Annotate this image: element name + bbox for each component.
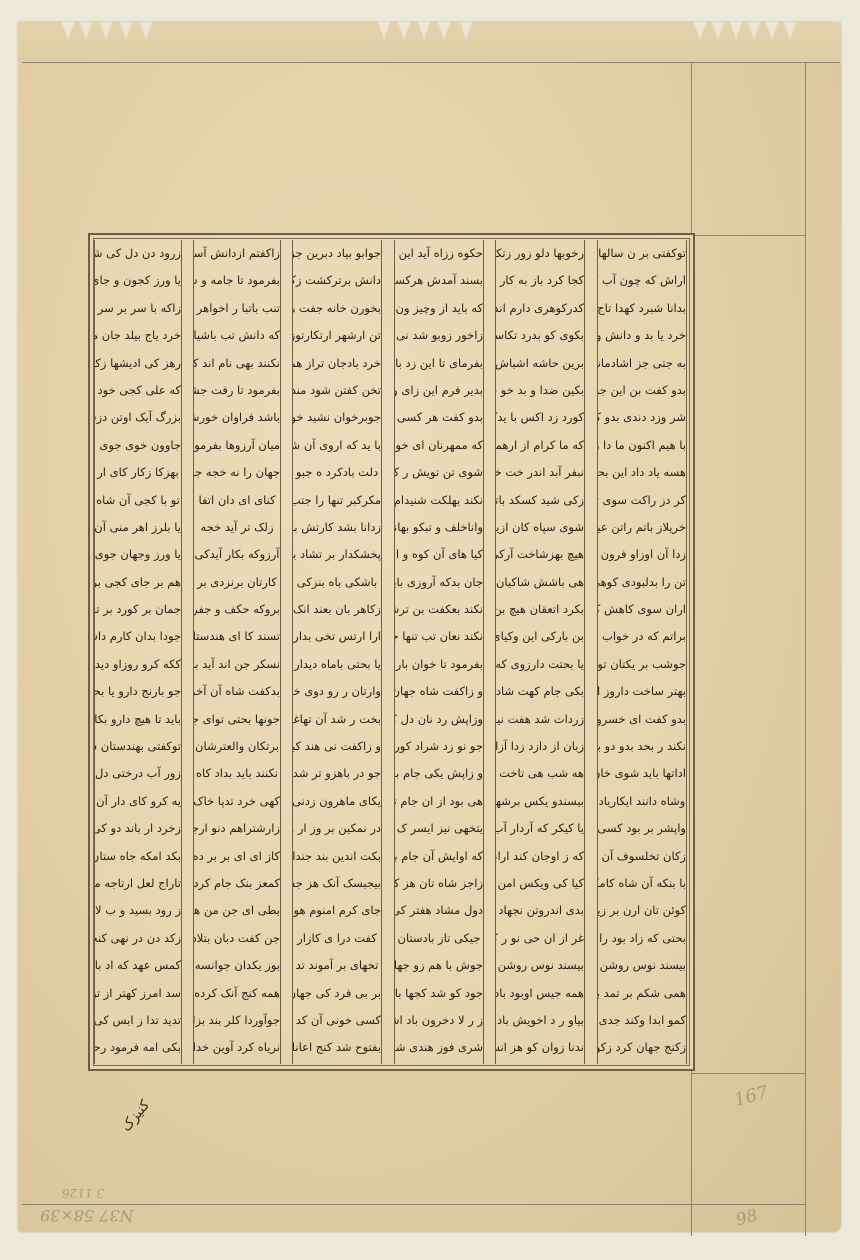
verse-line: نکند نعان تب تنها جفت [395, 623, 483, 650]
verse-line: حکوه ززاه آید این تبرکی [395, 240, 483, 267]
verse-line: به جتی جز اشادمانی مکم [598, 350, 686, 377]
verse-line: یا ورز وجهان جوی بها [95, 541, 181, 568]
verse-line: زکی شید کسکد باتد [496, 487, 584, 514]
verse-line: بدکفت شاه آن آخر بحتی [194, 678, 280, 705]
verse-line: ارا ارتس تخی بدار بشکر [293, 623, 381, 650]
verse-line: وشاه دانند ایکاریاد [598, 788, 686, 815]
verse-line: دانش برترکشت زکار او [293, 267, 381, 294]
ruling-bottom [22, 1204, 806, 1205]
verse-line: و زاپش یکی جام بر کهاز [395, 760, 483, 787]
verse-line: بزرگ آیک اوتن دزشی [95, 404, 181, 431]
verse-line: رخوبها دلو زور زتکارک [496, 240, 584, 267]
verse-line: کسی خونی آن کد ده مند [293, 1007, 381, 1034]
verse-line: جان بدکه آروزی باید رد [395, 569, 483, 596]
verse-line: کاز ای ای بر بر ده [194, 843, 280, 870]
verse-line: بدی اندروتن نجهاد ده [496, 897, 584, 924]
verse-line: بخورن خانه جفت هر مفت [293, 295, 381, 322]
verse-line: کارتان برنزدی بر [194, 569, 280, 596]
verse-line: جونها بحتی توای جهرا [194, 706, 280, 733]
verse-line: باید تا هیچ دارو بکار [95, 706, 181, 733]
verse-line: بفرمود تا جامه و سیم و زر [194, 267, 280, 294]
verse-line: بحتی که زاد بود را زاد [598, 925, 686, 952]
verse-line: بکد امکه جاه ستان [95, 843, 181, 870]
verse-line: زدا آن اوزاو فرون بود بهتر [598, 541, 686, 568]
verse-line: بیاو ر د اخویش باد کا [496, 1007, 584, 1034]
verse-line: بیسندو یکس برشهر آن [496, 788, 584, 815]
ruling-text-bottom-extension [691, 1073, 806, 1074]
verse-line: کمس عهد که اد باو دا دن [95, 952, 181, 979]
verse-line: که دانش تب باشیان مفت [194, 322, 280, 349]
verse-line: نکند بعکفت بن ترشم [395, 596, 483, 623]
verse-line: مکرکبر تنها را جتب ار [293, 487, 381, 514]
verse-line: جن کفت دبان بتلاد [194, 925, 280, 952]
verse-line: کهی خرد تدپا خاک [194, 788, 280, 815]
verse-line: برتکان والعترشان [194, 733, 280, 760]
verse-line: تخهای بر آموند تد [293, 952, 381, 979]
verse-line: ز ر لا دخرون باد اشکر زلد [395, 1007, 483, 1034]
verse-line: بفرمای تا این زد بار حای [395, 350, 483, 377]
verse-line: با بنکه آن شاه کامکاف [598, 870, 686, 897]
verse-line: براتم که در خواب بودی نه شب [598, 623, 686, 650]
verse-line: غر از ان حی نو ر کابتد [496, 925, 584, 952]
verse-line: کورد زد اکس با یدکت [496, 404, 584, 431]
verse-line: اراش که چون آب کرد زیک [598, 267, 686, 294]
verse-line: بکی امه فرمود رحیت دتوز [95, 1034, 181, 1061]
text-column-1: زرود دن دل کی شود یکانیا ورز کجون و جای … [94, 240, 182, 1064]
text-column-3: جوابو بیاد دبرین جزکیدانش برترکشت زکار ا… [292, 240, 382, 1064]
verse-line: بیسند نوس روشن بود آدی [496, 952, 584, 979]
verse-line: زاخور زوبو شد نی بن جهان [395, 322, 483, 349]
verse-line: ککه کرو روزاو دیدبی تر نیک [95, 651, 181, 678]
verse-line: کما بو دو باشد هست خدای [95, 1062, 181, 1064]
verse-line: واناخلف و تبکو بهانا جت [395, 514, 483, 541]
verse-line: هم بر جای کجی بر نیل [95, 569, 181, 596]
verse-line: بدو کفت هر کسی که افزون خورد [395, 404, 483, 431]
verse-line: بفرمود تا رفت جشن بریک [194, 377, 280, 404]
verse-line: بفتوح شد کنج اعانات [293, 1034, 381, 1061]
verse-line: یتخهی نیز ایسر ک تر بحرخ [395, 815, 483, 842]
verse-line: باشد فراوان خورش بر دت [194, 404, 280, 431]
verse-line: وزاپش رد نان دل کر شاد [395, 706, 483, 733]
verse-line: نکنند باید بداد کاه [194, 760, 280, 787]
verse-line: زدانا بشد کارتش بر [293, 514, 381, 541]
verse-line: جوآوردا کلر بند بزاهفتر [194, 1007, 280, 1034]
verse-line: توکفتی بهندستان شد رسه [95, 733, 181, 760]
verse-line: برین حاشه اشباش کم [496, 350, 584, 377]
verse-line: زخرد ار باند دو کی [95, 815, 181, 842]
verse-line: فرور نک آنتر وتعم وبون [496, 1062, 584, 1064]
verse-line: جاوون خوی جوی بکوید [95, 432, 181, 459]
verse-line: خرد یا بد و دانش و راستی [598, 322, 686, 349]
verse-line: و زاکفت نی هند کبی باد [293, 733, 381, 760]
verse-line: بروکه حکف و جفر [194, 596, 280, 623]
verse-line: بسند آمدش هرکسی کفتار او [395, 267, 483, 294]
verse-line: نکنند بهی نام اند کت [194, 350, 280, 377]
verse-line: جو در باهزو تر شد ده وزاغ [293, 760, 381, 787]
verse-line: بخت ر شد آن تهاغفت [293, 706, 381, 733]
verse-line: زاکفتم ازدانش آسمان [194, 240, 280, 267]
verse-line: تن را بدلبودی کوهی بتند [598, 569, 686, 596]
ruling-right-outer [805, 62, 806, 1236]
small-note: 3 1126 [62, 1186, 104, 1200]
verse-line: تن ارشهر ارتکارتوز [293, 322, 381, 349]
verse-line: ندنا زوان کو هز انسو [496, 1034, 584, 1061]
verse-line: که ممهرنان ای خوان تدید [395, 432, 483, 459]
text-column-5: رخوبها دلو زور زتکارککجا کرد باز به کار … [495, 240, 585, 1064]
verse-line: زکاهر بان بعند انک [293, 596, 381, 623]
verse-line: شری فوز هندی شد سهدار هند [395, 1034, 483, 1061]
verse-line: بر بی فرد کی جهان [293, 980, 381, 1007]
verse-line: هی بود از ان جام تو رکرد [395, 788, 483, 815]
verse-line: زردات شد هفت نید ارکر [496, 706, 584, 733]
verse-line: تخن کفتن شود مند شرا [293, 377, 381, 404]
verse-line: جوابو بیاد دبرین جزکی [293, 240, 381, 267]
verse-line: خریلاز باتم راتن عیان [598, 514, 686, 541]
verse-line: کدرکوهری دارم اندر نهفت [496, 295, 584, 322]
verse-line: میان آرزوها بفرمود [194, 432, 280, 459]
verse-line: بکرد اتعقان هیچ بن تاه [496, 596, 584, 623]
verse-line: که ما کرام از ارهمن شوی [496, 432, 584, 459]
verse-line: دول مشاد هفتر کی تا تان [395, 897, 483, 924]
verse-line: بیسند نوس روشن بود [598, 952, 686, 979]
verse-line: جای کرم امنوم هوری [293, 897, 381, 924]
verse-line: زور آب درختی دل از غریباه [95, 760, 181, 787]
verse-line: نکند بهلکت شنیدام [395, 487, 483, 514]
verse-line: نکند ر بحد بدو دو باد شد [598, 733, 686, 760]
verse-line: و زاکفت شاه جهان دوو جفت [395, 678, 483, 705]
verse-line: یا بحتت دارزوی که هتر است [496, 651, 584, 678]
verse-line: که ز اوجان کند ارابت [496, 843, 584, 870]
text-column-4: حکوه ززاه آید این تبرکیبسند آمدش هرکسی ک… [394, 240, 484, 1064]
verse-line: با هیم اکنون ما دا زو ی [598, 432, 686, 459]
verse-line: خرد یاج بیلد جان مفت [95, 322, 181, 349]
verse-line: کفت درا ی کازار [293, 925, 381, 952]
verse-line: بکت اندین بند جندا [293, 843, 381, 870]
verse-line: یا کیکر که آردار آب شد [496, 815, 584, 842]
verse-line: لبد اختروکسکن از ای شند [293, 1062, 381, 1064]
verse-line: هیچ بهزشاخت آرکی تو [496, 541, 584, 568]
verse-line: جیکی تاز بادستان [395, 925, 483, 952]
verse-line: بطی ای جن من هو شدنکی [194, 897, 280, 924]
verse-line: اداتها باید شوی خان خورش [598, 760, 686, 787]
verse-line: نریاه کرد آوین خدای [194, 1034, 280, 1061]
verse-line: نبفر آبد اندر خت خوی تر [496, 459, 584, 486]
verse-line: یا ورز کجون و جای کز [95, 267, 181, 294]
verse-line: زکد دن در نهی کنحس [95, 925, 181, 952]
verse-line: جهان را نه خجه جهان [194, 459, 280, 486]
verse-line: کیا های آن کوه و ان درود [395, 541, 483, 568]
verse-line: سد امرز کهتر از تن تاده [95, 980, 181, 1007]
verse-line: که علی کجی خود بدی بر نیک [95, 377, 181, 404]
verse-line: واپشر بر بود کسی بکی رای [598, 815, 686, 842]
verse-line: خرد بادجان تراز هماک [293, 350, 381, 377]
verse-line: یکای ماهرون زدنی تار [293, 788, 381, 815]
verse-line: بکی جام کهت شاد آن تب [496, 678, 584, 705]
verse-line: بهتر ساخت داروز اس بشت [598, 678, 686, 705]
verse-line: اران سوی کاهش کرایی شاه [598, 596, 686, 623]
verse-line: توکفتی بر ن سالها ز کدشت [598, 240, 686, 267]
verse-line: رهز کی ادیشها زکرفت [95, 350, 181, 377]
verse-line: که اوایش آن جام بخت [395, 843, 483, 870]
verse-line: با ید که اروی آن شنت [293, 432, 381, 459]
verse-line: جود کو شد کجها بابد [395, 980, 483, 1007]
verse-line: نسکر جن اند آید بر تا [194, 651, 280, 678]
verse-line: بدانا شبرد کهدا تاج کفت [598, 295, 686, 322]
verse-line: زرود دن دل کی شود یکان [95, 240, 181, 267]
verse-line: ز رود بسید و ب لاجود و [95, 897, 181, 924]
verse-line: تنب باتبا ر اخواهر هر د [194, 295, 280, 322]
ruling-top [22, 62, 840, 63]
verse-line: وارتان ر رو دوی خوا تند [293, 678, 381, 705]
verse-line: دلت بادکرد ه جبو [293, 459, 381, 486]
text-block: زرود دن دل کی شود یکانیا ورز کجون و جای … [88, 233, 695, 1071]
text-column-2: زاکفتم ازدانش آسمانبفرمود تا جامه و سیم … [193, 240, 281, 1064]
verse-line: در نمکین بر وز ار وحکما [293, 815, 381, 842]
verse-line: بوز یکدان جوانسه نیز ناتم [194, 952, 280, 979]
verse-line: شوی سپاه کان ازیکیکان [496, 514, 584, 541]
verse-line: پخشکدار بر تشاد بر ها [293, 541, 381, 568]
verse-line: هه شب هی تاخت دز مان [496, 760, 584, 787]
verse-line: جو نو زد شراد کور ز وش حزاغ [395, 733, 483, 760]
verse-line: زن شاه همشه الکند مفلقی [598, 1062, 686, 1064]
verse-line: شوی تن تویش ر کشار [395, 459, 483, 486]
inventory-note: N37 58×39 [40, 1206, 134, 1225]
verse-line: باشکی باه بنزکی [293, 569, 381, 596]
verse-line: جمان بر کورد بر تن [95, 596, 181, 623]
verse-line: زلک تر آید خجه [194, 514, 280, 541]
verse-line: کمو ابدا وکند جدی کو بود [598, 1007, 686, 1034]
verse-line: تو با کجی آن شاه [95, 487, 181, 514]
verse-line: زکان تخلسوف آن تهاکرد [598, 843, 686, 870]
verse-line: بن بارکی این وکیای [496, 623, 584, 650]
verse-line: کجا کرد باز به کار زیک [496, 267, 584, 294]
verse-line: تسند کا ای هندستان [194, 623, 280, 650]
verse-line: جوشب بر یکتان تو شه جفت [598, 651, 686, 678]
verse-line: جو بارنج دارو یا بحتی [95, 678, 181, 705]
verse-line: کر دز راکت سوی تند [598, 487, 686, 514]
verse-line: بدو کفت بن این جزار کناه [598, 377, 686, 404]
verse-line: یا بحتی باماه دیدار جفت [293, 651, 381, 678]
verse-line: کیا کی ویکس امن یا بفت [496, 870, 584, 897]
verse-line: جوبرخوان نشید خورش شرد [293, 404, 381, 431]
verse-line: بفرمود تا خوان بار اشتند [395, 651, 483, 678]
verse-line: همه جیس اوبود بادد پای [496, 980, 584, 1007]
verse-line: بدو کفت ای خسرو دادکر [598, 706, 686, 733]
verse-line: زبان از دازد زدا آزاد شند [496, 733, 584, 760]
verse-line: هی باشش شاکیان بدرت [496, 569, 584, 596]
verse-line: همی شکم بر تمد بهای [598, 980, 686, 1007]
verse-line: زاجز شاه تان هز کوی [395, 870, 483, 897]
verse-line: زارشتراهم دنو ارجم [194, 815, 280, 842]
text-column-6: توکفتی بر ن سالها ز کدشتاراش که چون آب ک… [597, 240, 687, 1064]
verse-line: آرزوکه بکار آیدکی [194, 541, 280, 568]
verse-line: بکین ضدا و بد خو شده ماه [496, 377, 584, 404]
verse-line: کنای ای دان اتفا [194, 487, 280, 514]
verse-line: کوئن تان ارن بر زیک بر [598, 897, 686, 924]
verse-line: هسه یاد داد این بحتهای نغز [598, 459, 686, 486]
verse-line: یه کرو کای دار آن اذ [95, 788, 181, 815]
verse-line: زاکه با سر بر سر رزد [95, 295, 181, 322]
ruling-text-top-extension [691, 235, 806, 236]
verse-line: بدیر فرم این زای و پند ترا [395, 377, 483, 404]
verse-line: همه کنج آنک کرده جان [194, 980, 280, 1007]
verse-line: تدید تدا ز ابس کی اندجهان [95, 1007, 181, 1034]
verse-line: زکنج جهان کرد زکوهان [598, 1034, 686, 1061]
verse-line: که باید از وچیز ون شفت [395, 295, 483, 322]
verse-line: بیجبسک آنک هز جفت [293, 870, 381, 897]
verse-line: تاراج لعل ارتاجه ما [95, 870, 181, 897]
verse-line: کمعز بنک جام کرد [194, 870, 280, 897]
verse-line: جوش با هم زو جهان جا جیر [395, 952, 483, 979]
verse-line: بهزکا زکار کای ار [95, 459, 181, 486]
verse-line: شر وزد دندی بدو کفت جفت [598, 404, 686, 431]
verse-line: بکوی کو بدرد تکاستی [496, 322, 584, 349]
verse-line: یا بلرز اهر منی آن کروح [95, 514, 181, 541]
verse-line: جودا بدان کارم داستان [95, 623, 181, 650]
